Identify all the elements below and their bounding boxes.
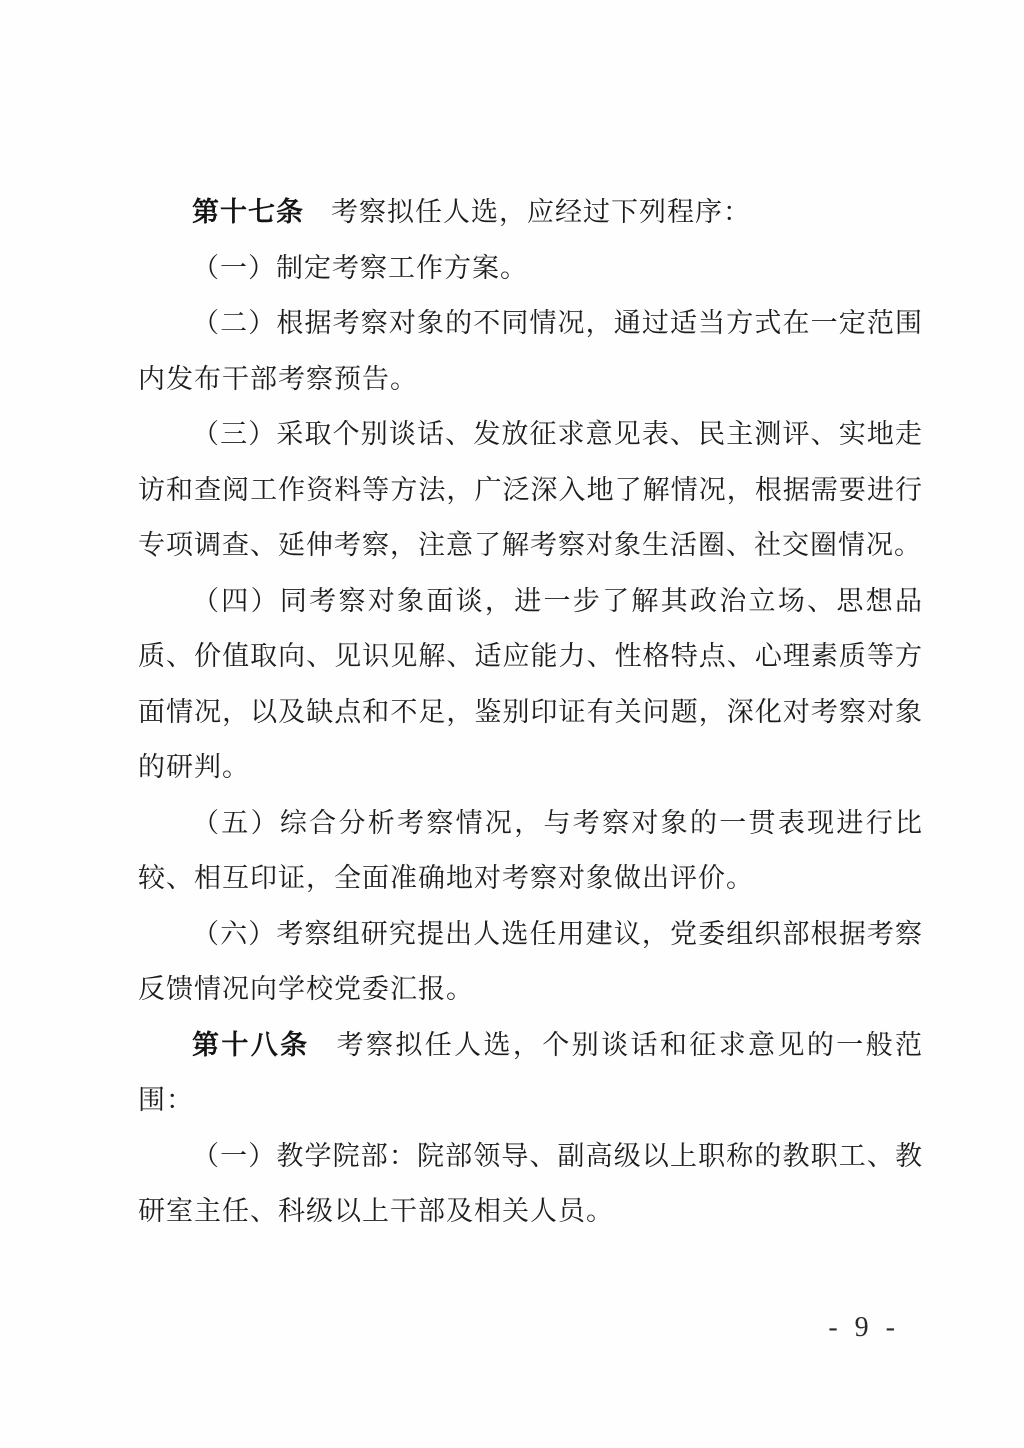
page-number: - 9 -	[828, 1312, 900, 1344]
article-18-term: 第十八条	[192, 1030, 310, 1060]
article-17-paragraph: 第十七条考察拟任人选，应经过下列程序：	[138, 185, 923, 241]
article-17-item-5: （五）综合分析考察情况，与考察对象的一贯表现进行比较、相互印证，全面准确地对考察…	[138, 796, 923, 907]
article-17-item-6: （六）考察组研究提出人选任用建议，党委组织部根据考察反馈情况向学校党委汇报。	[138, 907, 923, 1018]
document-page: 第十七条考察拟任人选，应经过下列程序： （一）制定考察工作方案。 （二）根据考察…	[0, 0, 1024, 1448]
article-17-text: 考察拟任人选，应经过下列程序：	[331, 197, 751, 227]
article-17-item-2: （二）根据考察对象的不同情况，通过适当方式在一定范围内发布干部考察预告。	[138, 296, 923, 407]
article-18-item-1: （一）教学院部：院部领导、副高级以上职称的教职工、教研室主任、科级以上干部及相关…	[138, 1129, 923, 1240]
article-17-item-1: （一）制定考察工作方案。	[138, 241, 923, 297]
article-17-item-4: （四）同考察对象面谈，进一步了解其政治立场、思想品质、价值取向、见识见解、适应能…	[138, 574, 923, 796]
document-body: 第十七条考察拟任人选，应经过下列程序： （一）制定考察工作方案。 （二）根据考察…	[138, 185, 923, 1240]
article-17-item-3: （三）采取个别谈话、发放征求意见表、民主测评、实地走访和查阅工作资料等方法，广泛…	[138, 407, 923, 574]
article-18-paragraph: 第十八条考察拟任人选，个别谈话和征求意见的一般范围：	[138, 1018, 923, 1129]
article-17-term: 第十七条	[192, 197, 304, 227]
